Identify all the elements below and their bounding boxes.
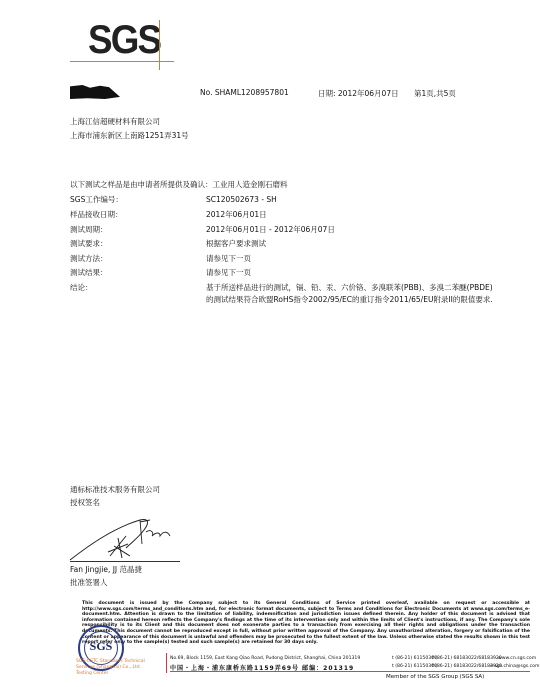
footer-phone: t (86-21) 61150300 — [392, 656, 437, 661]
info-label: 结论： — [70, 282, 93, 293]
signatory-name: Fan Jingjie, JJ 范晶捷 — [70, 564, 142, 575]
info-label: 测试要求： — [70, 238, 108, 249]
logo-vertical-rule — [159, 20, 160, 70]
info-label: 测试周期： — [70, 224, 108, 235]
info-value: 2012年06月01日 - 2012年06月07日 — [206, 224, 506, 236]
footer-website[interactable]: www.cn.sgs.com — [498, 656, 536, 661]
signatory-company: 通标标准技术服务有限公司 — [70, 484, 160, 495]
report-date: 日期: 2012年06月07日 — [318, 88, 399, 99]
info-value: 请参见下一页 — [206, 267, 506, 279]
footer-divider — [166, 653, 167, 673]
info-value: 根据客户要求测试 — [206, 238, 506, 250]
client-address: 上海市浦东新区上南路1251弄31号 — [70, 130, 189, 141]
signature-line — [70, 561, 180, 562]
page-count: 第1页,共5页 — [414, 88, 456, 99]
footer-fax: f (86-21) 68183022/68183920 — [432, 656, 502, 661]
info-value: 请参见下一页 — [206, 253, 506, 265]
signatory-title: 批准签署人 — [70, 577, 108, 588]
info-label: 测试方法： — [70, 253, 108, 264]
footer-phone-cn: t (86-21) 61150300 — [392, 664, 437, 669]
info-value: 2012年06月01日 — [206, 209, 506, 221]
info-value: 基于所送样品进行的测试，镉、铅、汞、六价铬、多溴联苯(PBB)、多溴二苯醚(PB… — [206, 282, 494, 306]
logo-text: SGS — [88, 18, 160, 63]
footer-company: SGS-CSTC Standards Technical Services (S… — [76, 659, 146, 677]
signatory-authorized: 授权签名 — [70, 497, 100, 508]
redacted-mark — [70, 85, 120, 99]
footer-red-rule — [170, 671, 530, 672]
signature-image — [68, 508, 188, 563]
info-value: SC120502673 - SH — [206, 194, 506, 206]
info-label: 样品接收日期： — [70, 209, 123, 220]
client-name: 上海江信超硬材料有限公司 — [70, 116, 160, 127]
seal-text: SGS — [80, 639, 122, 654]
legal-disclaimer: This document is issued by the Company s… — [82, 601, 530, 646]
sgs-logo: SGS — [68, 20, 176, 70]
info-label: 测试结果： — [70, 267, 108, 278]
footer-email[interactable]: e sgs.china@sgs.com — [490, 664, 539, 669]
member-of-group: Member of the SGS Group (SGS SA) — [386, 674, 484, 680]
sample-intro: 以下测试之样品是由申请者所提供及确认：工业用人造金刚石磨料 — [70, 179, 288, 190]
info-label: SGS工作编号： — [70, 194, 123, 205]
footer-address-en: No.69, Block 1159, East Kang Qiao Road, … — [170, 656, 360, 661]
report-number: No. SHAML1208957801 — [200, 88, 289, 97]
